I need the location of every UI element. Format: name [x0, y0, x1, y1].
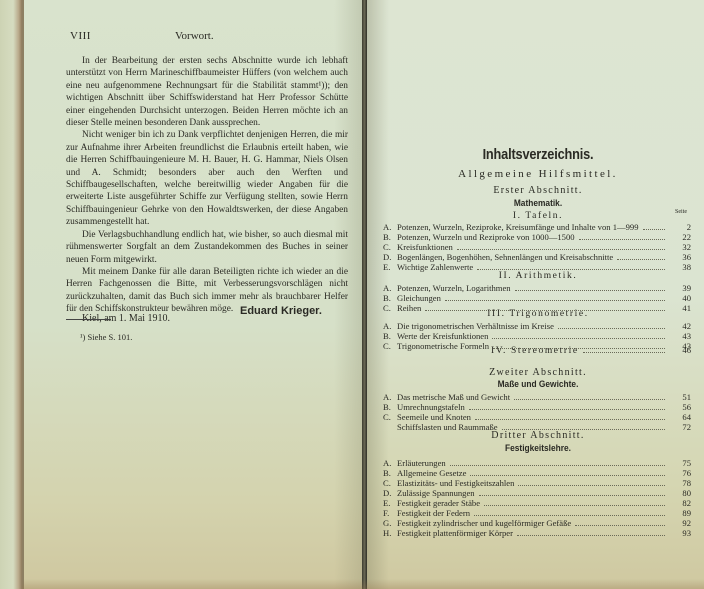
entry-label: Kreisfunktionen [397, 242, 453, 252]
dot-leader [450, 459, 665, 466]
entry-page: 78 [669, 478, 693, 488]
entry-letter: B. [383, 402, 397, 412]
entry-page: 76 [669, 468, 693, 478]
entry-letter: A. [383, 283, 397, 293]
entry-page: 93 [669, 528, 693, 538]
entry-label: Zulässige Spannungen [397, 488, 475, 498]
dot-leader [617, 253, 665, 260]
running-title: Vorwort. [175, 30, 214, 42]
entry-page: 36 [669, 252, 693, 262]
entry-label: Die trigonometrischen Verhältnisse im Kr… [397, 321, 554, 331]
toc-entry[interactable]: B.Gleichungen40 [383, 293, 693, 303]
entry-page: 51 [669, 392, 693, 402]
entry-label: Seemeile und Knoten [397, 412, 471, 422]
dot-leader [579, 233, 665, 240]
dot-leader [484, 499, 665, 506]
toc-entries: A.Potenzen, Wurzeln, Reziproke, Kreisumf… [383, 222, 693, 272]
entry-label: Festigkeit zylindrischer und kugelförmig… [397, 518, 571, 528]
chapter-heading: III. Trigonometrie. [383, 309, 693, 319]
section-heading: Dritter Abschnitt. [383, 430, 693, 441]
dot-leader [517, 529, 665, 536]
toc-entry[interactable]: D.Bogenlängen, Bogenhöhen, Sehnenlängen … [383, 252, 693, 262]
dot-leader [515, 284, 665, 291]
entry-page: 89 [669, 508, 693, 518]
toc-entry[interactable]: A.Potenzen, Wurzeln, Reziproke, Kreisumf… [383, 222, 693, 232]
toc-entry[interactable]: D.Zulässige Spannungen80 [383, 488, 693, 498]
footnote-rule [66, 319, 111, 320]
toc-entry[interactable]: G.Festigkeit zylindrischer und kugelförm… [383, 518, 693, 528]
entry-letter: E. [383, 498, 397, 508]
entry-letter: C. [383, 412, 397, 422]
footnote: ¹) Siehe S. 101. [80, 332, 132, 342]
dot-leader [558, 322, 665, 329]
toc-entry[interactable]: H.Festigkeit plattenförmiger Körper93 [383, 528, 693, 538]
toc-entry[interactable]: A.Erläuterungen75 [383, 458, 693, 468]
toc-entry[interactable]: F.Festigkeit der Federn89 [383, 508, 693, 518]
dot-leader [469, 403, 665, 410]
entry-page: 82 [669, 498, 693, 508]
entry-letter: A. [383, 321, 397, 331]
preface-paragraph: In der Bearbeitung der ersten sechs Absc… [66, 55, 348, 129]
toc-entry[interactable]: C.Kreisfunktionen32 [383, 242, 693, 252]
entry-letter: C. [383, 242, 397, 252]
entry-label: Werte der Kreisfunktionen [397, 331, 488, 341]
preface-body: In der Bearbeitung der ersten sechs Absc… [66, 55, 348, 316]
entry-label: Festigkeit der Federn [397, 508, 470, 518]
entry-letter: B. [383, 232, 397, 242]
entry-label: Umrechnungstafeln [397, 402, 465, 412]
entry-page: 40 [669, 293, 693, 303]
entry-page: 80 [669, 488, 693, 498]
dot-leader [575, 519, 665, 526]
entry-label: Allgemeine Gesetze [397, 468, 466, 478]
section-heading: Erster Abschnitt. [383, 185, 693, 196]
dot-leader [479, 489, 665, 496]
entry-letter: A. [383, 392, 397, 402]
author-signature: Eduard Krieger. [240, 305, 322, 317]
toc-entry[interactable]: A.Das metrische Maß und Gewicht51 [383, 392, 693, 402]
entry-letter: D. [383, 252, 397, 262]
toc-entry[interactable]: A.Potenzen, Wurzeln, Logarithmen39 [383, 283, 693, 293]
page-number: VIII [70, 30, 91, 42]
toc-entry[interactable]: E.Festigkeit gerader Stäbe82 [383, 498, 693, 508]
dot-leader [457, 243, 665, 250]
entry-label: Potenzen, Wurzeln, Reziproke, Kreisumfän… [397, 222, 639, 232]
entry-label: Potenzen, Wurzeln, Logarithmen [397, 283, 511, 293]
dot-leader [470, 469, 665, 476]
entry-page: 75 [669, 458, 693, 468]
chapter-heading: IV. Stereometrie [491, 346, 579, 356]
toc-entries: A.Das metrische Maß und Gewicht51 B.Umre… [383, 392, 693, 432]
entry-label: Elastizitäts- und Festigkeitszahlen [397, 478, 514, 488]
entry-page: 39 [669, 283, 693, 293]
entry-letter: G. [383, 518, 397, 528]
toc-entry[interactable]: B.Werte der Kreisfunktionen43 [383, 331, 693, 341]
entry-letter: A. [383, 458, 397, 468]
entry-label: Erläuterungen [397, 458, 446, 468]
section-subheading: Festigkeitslehre. [402, 443, 675, 454]
entry-letter: C. [383, 478, 397, 488]
toc-chapter-entry[interactable]: IV. Stereometrie46 [383, 345, 693, 356]
dot-leader [518, 479, 665, 486]
chapter-heading: II. Arithmetik. [383, 271, 693, 281]
chapter-heading: I. Tafeln. [383, 211, 693, 221]
book-spread: VIII Vorwort. In der Bearbeitung der ers… [0, 0, 704, 589]
dot-leader [445, 294, 665, 301]
entry-page: 22 [669, 232, 693, 242]
entry-letter: B. [383, 331, 397, 341]
entry-letter: F. [383, 508, 397, 518]
dot-leader [502, 423, 665, 430]
toc-entries: A.Erläuterungen75 B.Allgemeine Gesetze76… [383, 458, 693, 538]
entry-label: Das metrische Maß und Gewicht [397, 392, 510, 402]
entry-page: 46 [669, 345, 693, 355]
entry-label: Gleichungen [397, 293, 441, 303]
preface-paragraph: Nicht weniger bin ich zu Dank verpflicht… [66, 129, 348, 228]
preface-paragraph: Die Verlagsbuchhandlung endlich hat, wie… [66, 229, 348, 266]
entry-letter: A. [383, 222, 397, 232]
dot-leader [492, 332, 665, 339]
toc-entry[interactable]: B.Umrechnungstafeln56 [383, 402, 693, 412]
page-column-label: Seite [675, 209, 687, 215]
entry-label: Festigkeit gerader Stäbe [397, 498, 480, 508]
toc-entry[interactable]: C.Elastizitäts- und Festigkeitszahlen78 [383, 478, 693, 488]
dot-leader [514, 393, 665, 400]
toc-entry[interactable]: C.Seemeile und Knoten64 [383, 412, 693, 422]
entry-page: 92 [669, 518, 693, 528]
toc-entries: IV. Stereometrie46 [383, 345, 693, 356]
entry-page: 64 [669, 412, 693, 422]
toc-title: Inhaltsverzeichnis. [406, 146, 670, 163]
page-bottom-shadow [22, 579, 704, 589]
section-heading: Zweiter Abschnitt. [383, 367, 693, 378]
entry-page: 42 [669, 321, 693, 331]
dot-leader [583, 346, 665, 353]
entry-label: Festigkeit plattenförmiger Körper [397, 528, 513, 538]
entry-label: Potenzen, Wurzeln und Reziproke von 1000… [397, 232, 575, 242]
entry-page: 56 [669, 402, 693, 412]
toc-entry[interactable]: B.Allgemeine Gesetze76 [383, 468, 693, 478]
section-subheading: Maße und Gewichte. [402, 379, 675, 390]
dot-leader [477, 263, 665, 270]
entry-page: 2 [669, 222, 693, 232]
entry-letter: H. [383, 528, 397, 538]
entry-letter: B. [383, 468, 397, 478]
dot-leader [475, 413, 665, 420]
entry-label: Bogenlängen, Bogenhöhen, Sehnenlängen un… [397, 252, 613, 262]
previous-pages-edge [0, 0, 22, 589]
toc-entry[interactable]: B.Potenzen, Wurzeln und Reziproke von 10… [383, 232, 693, 242]
section-subheading: Mathematik. [402, 198, 675, 209]
part-title: Allgemeine Hilfsmittel. [383, 168, 693, 180]
entry-letter: D. [383, 488, 397, 498]
entry-page: 43 [669, 331, 693, 341]
dot-leader [643, 223, 666, 230]
entry-page: 32 [669, 242, 693, 252]
dot-leader [474, 509, 665, 516]
entry-letter: B. [383, 293, 397, 303]
toc-entry[interactable]: A.Die trigonometrischen Verhältnisse im … [383, 321, 693, 331]
